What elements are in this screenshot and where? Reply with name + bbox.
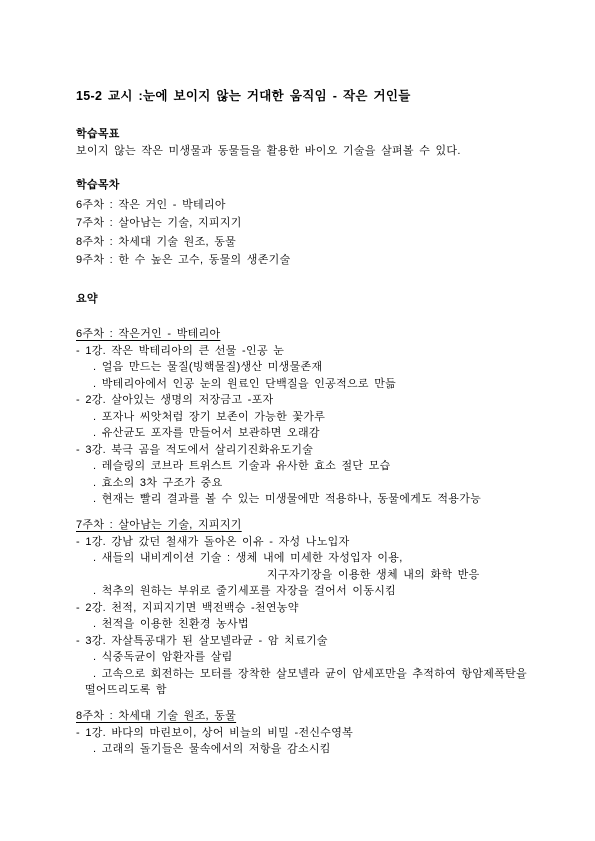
summary-week8-heading: 8주차 : 차세대 기술 원조, 동물 bbox=[76, 708, 555, 725]
toc-list: 6주차 : 작은 거인 - 박테리아 7주차 : 살아남는 기술, 지피지기 8… bbox=[76, 196, 555, 270]
summary-line: . 새들의 내비게이션 기술 : 생체 내에 미세한 자성입자 이용, bbox=[76, 550, 555, 567]
goal-body-text: 보이지 않는 작은 미생물과 동물들을 활용한 바이오 기술을 살펴볼 수 있다… bbox=[76, 143, 555, 160]
summary-line: - 2강. 살아있는 생명의 저장금고 -포자 bbox=[76, 392, 555, 409]
summary-line: - 1강. 강남 갔던 철새가 돌아온 이유 - 자성 나노입자 bbox=[76, 534, 555, 551]
summary-line: . 식중독균이 암환자를 살림 bbox=[76, 649, 555, 666]
summary-line: - 1강. 작은 박테리아의 큰 선물 -인공 눈 bbox=[76, 343, 555, 360]
summary-week8-section: 8주차 : 차세대 기술 원조, 동물 - 1강. 바다의 마린보이, 상어 비… bbox=[76, 708, 555, 758]
summary-week6-heading: 6주차 : 작은거인 - 박테리아 bbox=[76, 326, 555, 343]
summary-heading: 요약 bbox=[76, 291, 555, 308]
toc-item-week8: 8주차 : 차세대 기술 원조, 동물 bbox=[76, 233, 555, 252]
summary-line: . 레슬링의 코브라 트위스트 기술과 유사한 효소 절단 모습 bbox=[76, 458, 555, 475]
toc-section: 학습목차 6주차 : 작은 거인 - 박테리아 7주차 : 살아남는 기술, 지… bbox=[76, 177, 555, 270]
summary-week7-heading: 7주차 : 살아남는 기술, 지피지기 bbox=[76, 517, 555, 534]
document-page: 15-2 교시 :눈에 보이지 않는 거대한 움직임 - 작은 거인들 학습목표… bbox=[0, 0, 595, 841]
summary-line: . 현재는 빨리 결과를 볼 수 있는 미생물에만 적용하나, 동물에게도 적용… bbox=[76, 491, 555, 508]
summary-line: . 고속으로 회전하는 모터를 장착한 살모넬라 균이 암세포만을 추적하여 항… bbox=[76, 666, 555, 683]
summary-line: - 3강. 북극 곰을 적도에서 살리기진화유도기술 bbox=[76, 442, 555, 459]
summary-week7-section: 7주차 : 살아남는 기술, 지피지기 - 1강. 강남 갔던 철새가 돌아온 … bbox=[76, 517, 555, 699]
summary-line: 떨어뜨리도록 함 bbox=[76, 682, 555, 699]
summary-line: . 척추의 원하는 부위로 줄기세포를 자장을 걸어서 이동시킴 bbox=[76, 583, 555, 600]
summary-line: . 효소의 3차 구조가 중요 bbox=[76, 475, 555, 492]
summary-line: . 박테리아에서 인공 눈의 원료인 단백질을 인공적으로 만듦 bbox=[76, 376, 555, 393]
summary-line: 지구자기장을 이용한 생체 내의 화학 반응 bbox=[76, 567, 555, 584]
summary-line: . 포자나 씨앗처럼 장기 보존이 가능한 꽃가루 bbox=[76, 409, 555, 426]
summary-line: . 유산균도 포자를 만들어서 보관하면 오래감 bbox=[76, 425, 555, 442]
summary-line: . 천적을 이용한 친환경 농사법 bbox=[76, 616, 555, 633]
toc-item-week6: 6주차 : 작은 거인 - 박테리아 bbox=[76, 196, 555, 215]
page-title: 15-2 교시 :눈에 보이지 않는 거대한 움직임 - 작은 거인들 bbox=[76, 88, 555, 104]
toc-heading: 학습목차 bbox=[76, 177, 555, 194]
summary-line: . 얼음 만드는 물질(빙핵물질)생산 미생물존재 bbox=[76, 359, 555, 376]
summary-line: . 고래의 돌기들은 물속에서의 저항을 감소시킴 bbox=[76, 741, 555, 758]
summary-line: - 2강. 천적, 지피지기면 백전백승 -천연농약 bbox=[76, 600, 555, 617]
summary-week6-section: 6주차 : 작은거인 - 박테리아 - 1강. 작은 박테리아의 큰 선물 -인… bbox=[76, 326, 555, 508]
summary-line: - 1강. 바다의 마린보이, 상어 비늘의 비밀 -전신수영복 bbox=[76, 725, 555, 742]
summary-line: - 3강. 자살특공대가 된 살모넬라균 - 암 치료기술 bbox=[76, 633, 555, 650]
goal-section: 학습목표 보이지 않는 작은 미생물과 동물들을 활용한 바이오 기술을 살펴볼… bbox=[76, 126, 555, 159]
toc-item-week7: 7주차 : 살아남는 기술, 지피지기 bbox=[76, 214, 555, 233]
toc-item-week9: 9주차 : 한 수 높은 고수, 동물의 생존기술 bbox=[76, 251, 555, 270]
goal-heading: 학습목표 bbox=[76, 126, 555, 143]
summary-section: 요약 6주차 : 작은거인 - 박테리아 - 1강. 작은 박테리아의 큰 선물… bbox=[76, 291, 555, 758]
